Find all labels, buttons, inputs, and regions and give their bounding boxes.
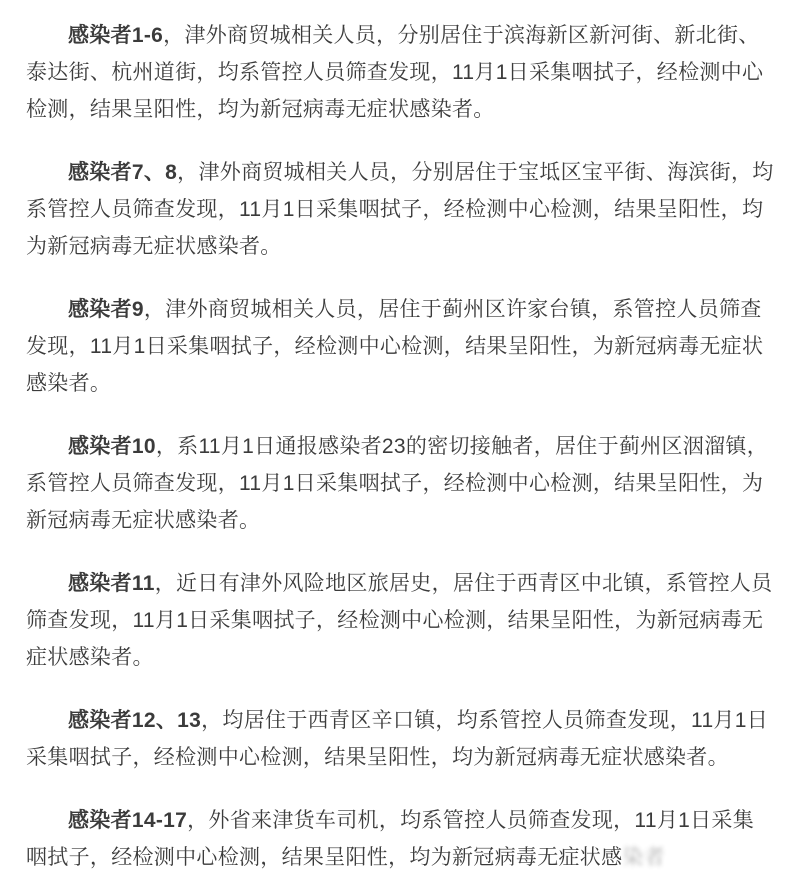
article-page: { "document": { "background_color": "#ff… (0, 0, 800, 888)
case-paragraph-9: 感染者9，津外商贸城相关人员，居住于蓟州区许家台镇，系管控人员筛查发现，11月1… (26, 291, 774, 402)
case-text-faded: 染者 (622, 846, 665, 869)
case-paragraph-10: 感染者10，系11月1日通报感染者23的密切接触者，居住于蓟州区洇溜镇，系管控人… (26, 428, 774, 539)
case-paragraph-11: 感染者11，近日有津外风险地区旅居史，居住于西青区中北镇，系管控人员筛查发现，1… (26, 565, 774, 676)
case-label: 感染者7、8 (68, 161, 177, 184)
case-label: 感染者14-17 (68, 809, 187, 832)
case-label: 感染者12、13 (68, 709, 201, 732)
case-label: 感染者10 (68, 435, 156, 458)
case-paragraph-7-8: 感染者7、8，津外商贸城相关人员，分别居住于宝坻区宝平街、海滨街，均系管控人员筛… (26, 154, 774, 265)
case-label: 感染者11 (68, 572, 155, 595)
case-paragraph-14-17: 感染者14-17，外省来津货车司机，均系管控人员筛查发现，11月1日采集咽拭子，… (26, 802, 774, 876)
case-paragraph-12-13: 感染者12、13，均居住于西青区辛口镇，均系管控人员筛查发现，11月1日采集咽拭… (26, 702, 774, 776)
notification-document: 感染者1-6，津外商贸城相关人员，分别居住于滨海新区新河街、新北街、泰达街、杭州… (0, 0, 800, 876)
case-label: 感染者1-6 (68, 24, 163, 47)
case-label: 感染者9 (68, 298, 144, 321)
case-paragraph-1-6: 感染者1-6，津外商贸城相关人员，分别居住于滨海新区新河街、新北街、泰达街、杭州… (26, 17, 774, 128)
